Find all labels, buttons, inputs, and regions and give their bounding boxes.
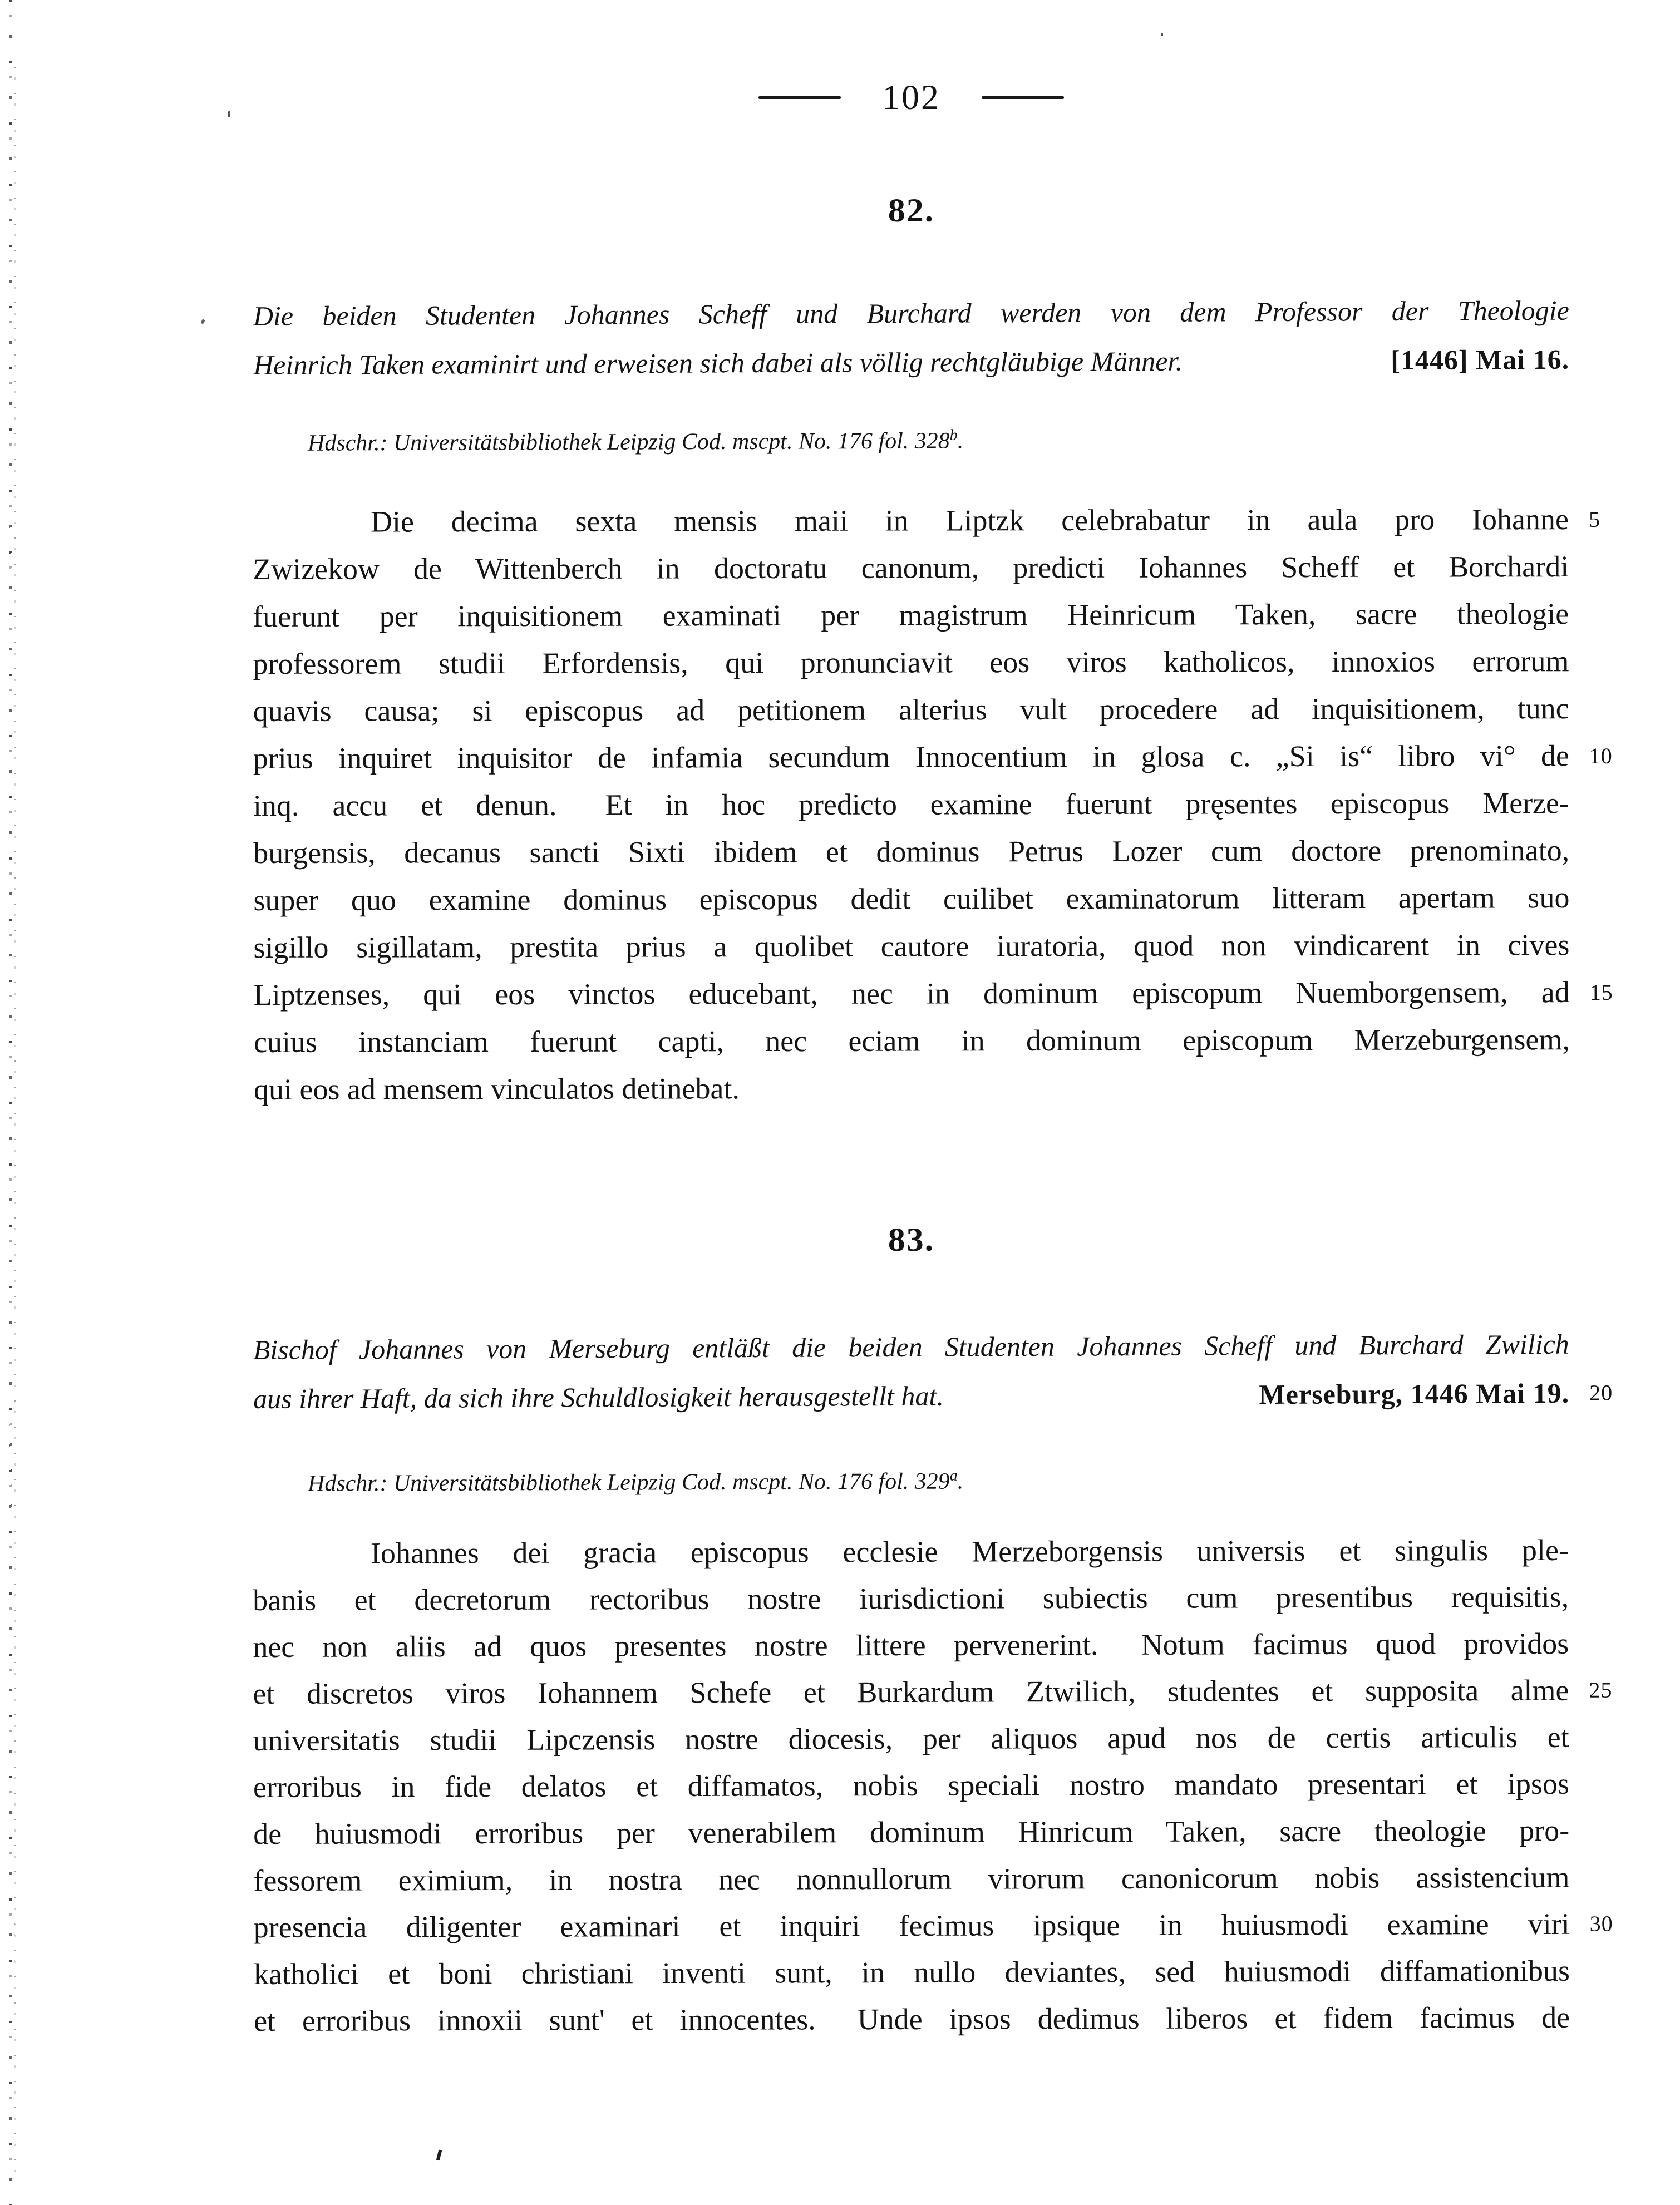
scan-speck [436, 2150, 442, 2161]
margin-line-number: 25 [1589, 1667, 1612, 1714]
margin-line-number: 5 [1589, 496, 1600, 543]
body-line: inq. accu et denun. Et in hoc predicto e… [253, 780, 1569, 830]
summary-text: Bischof Johannes von Merseburg entläßt d… [253, 1329, 1569, 1365]
scan-speck [200, 319, 205, 324]
body-line: et erroribus innoxii sunt' et innocentes… [254, 1994, 1570, 2044]
page-header: 102 [253, 71, 1569, 124]
body-line: professorem studii Erfordensis, qui pron… [253, 638, 1569, 688]
margin-line-number: 10 [1589, 732, 1613, 780]
scan-noise-left-edge [6, 0, 22, 2205]
body-line: erroribus in fide delatos et diffamatos,… [253, 1760, 1569, 1811]
body-line: presencia diligenter examinari et inquir… [254, 1901, 1570, 1951]
body-line: banis et decretorum rectoribus nostre iu… [253, 1573, 1569, 1624]
body-line-text: universitatis studii Lipczensis nostre d… [253, 1720, 1569, 1757]
header-rule-left [758, 96, 841, 99]
body-line-text: et discretos viros Iohannem Schefe et Bu… [253, 1674, 1569, 1710]
scan-speck [1161, 33, 1163, 36]
body-line-text: prius inquiret inquisitor de infamia sec… [253, 739, 1569, 775]
body-line-text: presencia diligenter examinari et inquir… [254, 1907, 1570, 1944]
source-text: Hdschr.: Universitätsbibliothek Leipzig … [308, 1469, 950, 1497]
margin-line-number: 15 [1590, 969, 1613, 1016]
source-folio-sup: a [950, 1467, 958, 1484]
body-line-text: Die decima sexta mensis maii in Liptzk c… [371, 502, 1569, 539]
body-line: Liptzenses, qui eos vinctos educebant, n… [254, 969, 1570, 1019]
body-line: sigillo sigillatam, prestita prius a quo… [253, 921, 1569, 971]
body-line-text: Liptzenses, qui eos vinctos educebant, n… [254, 975, 1570, 1012]
body-line: nec non aliis ad quos presentes nostre l… [253, 1620, 1569, 1670]
body-line: super quo examine dominus episcopus dedi… [253, 874, 1569, 924]
entry-summary: Die beiden Studenten Johannes Scheff und… [253, 286, 1570, 389]
body-line: fuerunt per inquisitionem examinati per … [253, 590, 1569, 640]
body-line: Zwizekow de Wittenberch in doctoratu can… [253, 543, 1569, 593]
body-line: prius inquiret inquisitor de infamia sec… [253, 732, 1569, 782]
body-line-text: de huiusmodi erroribus per venerabilem d… [253, 1814, 1569, 1851]
margin-line-number: 30 [1590, 1901, 1613, 1947]
body-line-text: fuerunt per inquisitionem examinati per … [253, 597, 1569, 633]
entry-number: 82. [253, 188, 1569, 233]
source-suffix: . [958, 1469, 964, 1494]
body-line-text: katholici et boni christiani inventi sun… [254, 1954, 1570, 1991]
body-line: Iohannes dei gracia episcopus ecclesie M… [253, 1527, 1569, 1577]
entry-summary: Bischof Johannes von Merseburg entläßt d… [253, 1320, 1570, 1423]
summary-date: [1446] Mai 16. [1391, 335, 1569, 384]
body-line-text: qui eos ad mensem vinculatos detinebat. [254, 1072, 740, 1106]
page-number: 102 [882, 71, 940, 124]
body-line: fessorem eximium, in nostra nec nonnullo… [253, 1854, 1569, 1904]
source-line: Hdschr.: Universitätsbibliothek Leipzig … [253, 421, 1624, 461]
body-line-text: banis et decretorum rectoribus nostre iu… [253, 1580, 1569, 1617]
entry-body: Die decima sexta mensis maii in Liptzk c… [253, 496, 1570, 1113]
source-line: Hdschr.: Universitätsbibliothek Leipzig … [253, 1462, 1624, 1501]
entry-body: Iohannes dei gracia episcopus ecclesie M… [253, 1527, 1570, 2044]
body-line: et discretos viros Iohannem Schefe et Bu… [253, 1667, 1569, 1717]
source-text: Hdschr.: Universitätsbibliothek Leipzig … [308, 428, 950, 456]
body-line-text: sigillo sigillatam, prestita prius a quo… [253, 928, 1569, 964]
body-line: de huiusmodi erroribus per venerabilem d… [253, 1807, 1569, 1857]
source-folio-sup: b [950, 427, 958, 444]
summary-line: Die beiden Studenten Johannes Scheff und… [253, 286, 1569, 341]
header-rule-right [982, 96, 1064, 99]
body-line-text: Zwizekow de Wittenberch in doctoratu can… [253, 550, 1569, 586]
body-line-text: nec non aliis ad quos presentes nostre l… [253, 1627, 1569, 1664]
body-line: qui eos ad mensem vinculatos detinebat. [254, 1063, 1570, 1113]
summary-text: Heinrich Taken examinirt und erweisen si… [253, 346, 1183, 381]
source-suffix: . [958, 428, 964, 454]
body-line-text: quavis causa; si episcopus ad petitionem… [253, 692, 1569, 728]
summary-line: aus ihrer Haft, da sich ihre Schuldlosig… [253, 1369, 1569, 1423]
summary-line: Heinrich Taken examinirt und erweisen si… [253, 335, 1569, 389]
body-line: universitatis studii Lipczensis nostre d… [253, 1714, 1569, 1764]
scanned-book-page: 102 82. Die beiden Studenten Johannes Sc… [0, 0, 1680, 2205]
body-line: Die decima sexta mensis maii in Liptzk c… [253, 496, 1569, 546]
body-line: katholici et boni christiani inventi sun… [254, 1947, 1570, 1997]
summary-date: Merseburg, 1446 Mai 19. [1259, 1369, 1569, 1419]
scan-speck [228, 111, 230, 117]
summary-text: aus ihrer Haft, da sich ihre Schuldlosig… [253, 1380, 944, 1414]
body-line-text: Iohannes dei gracia episcopus ecclesie M… [371, 1533, 1569, 1570]
body-line: quavis causa; si episcopus ad petitionem… [253, 685, 1569, 735]
body-line-text: fessorem eximium, in nostra nec nonnullo… [253, 1861, 1569, 1897]
body-line: cuius instanciam fuerunt capti, nec ecia… [254, 1016, 1570, 1066]
body-line-text: erroribus in fide delatos et diffamatos,… [253, 1767, 1569, 1804]
body-line-text: inq. accu et denun. Et in hoc predicto e… [253, 786, 1569, 822]
body-line-text: super quo examine dominus episcopus dedi… [253, 881, 1569, 917]
entry-number: 83. [253, 1217, 1569, 1262]
body-line-text: cuius instanciam fuerunt capti, nec ecia… [254, 1023, 1570, 1059]
summary-text: Die beiden Studenten Johannes Scheff und… [253, 295, 1569, 332]
summary-line: Bischof Johannes von Merseburg entläßt d… [253, 1320, 1569, 1374]
margin-line-number: 20 [1589, 1368, 1613, 1417]
body-line-text: burgensis, decanus sancti Sixti ibidem e… [253, 833, 1569, 870]
body-line: burgensis, decanus sancti Sixti ibidem e… [253, 827, 1569, 877]
body-line-text: et erroribus innoxii sunt' et innocentes… [254, 2001, 1570, 2038]
body-line-text: professorem studii Erfordensis, qui pron… [253, 644, 1569, 680]
